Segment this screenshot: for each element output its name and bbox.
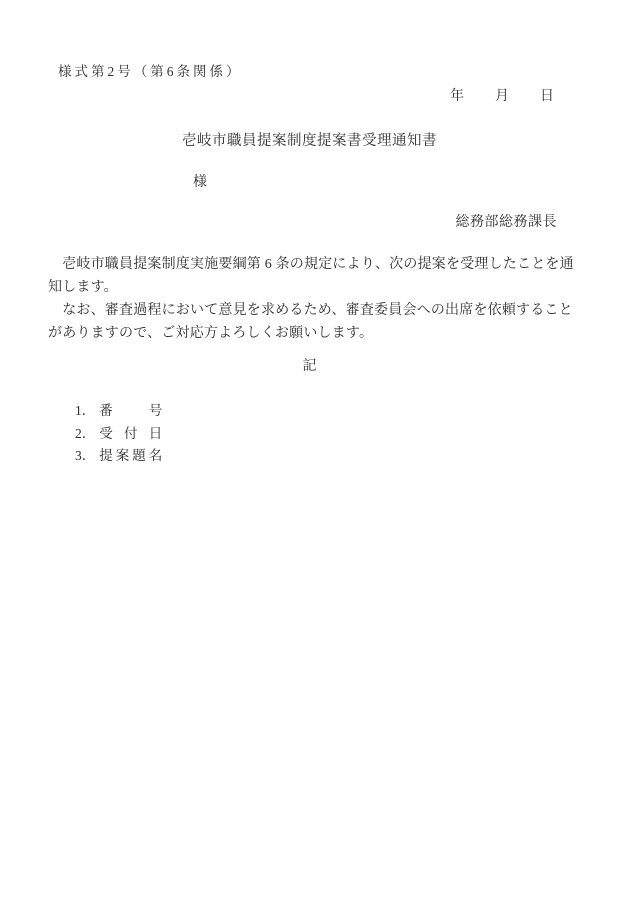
list-item: 1．番号	[75, 400, 571, 423]
item-list: 1．番号 2．受付日 3．提案題名	[75, 400, 571, 468]
date-line: 年 月 日	[48, 89, 555, 105]
sender-title: 総務部総務課長	[48, 212, 557, 233]
form-number-label: 様式第2号（第6条関係）	[58, 64, 571, 80]
list-item-number: 1．	[75, 400, 95, 423]
addressee-honorific: 様	[193, 172, 571, 193]
document-title: 壱岐市職員提案制度提案書受理通知書	[48, 131, 571, 152]
list-item-number: 2．	[75, 423, 95, 446]
note-marker: 記	[48, 356, 571, 377]
list-item-label: 提案題名	[99, 445, 162, 468]
list-item-label: 受付日	[99, 423, 162, 446]
list-item-label: 番号	[99, 400, 162, 423]
body-paragraph-1: 壱岐市職員提案制度実施要綱第 6 条の規定により、次の提案を受理したことを通 知…	[48, 253, 571, 299]
list-item-number: 3．	[75, 445, 95, 468]
list-item: 3．提案題名	[75, 445, 571, 468]
document-page: 様式第2号（第6条関係） 年 月 日 壱岐市職員提案制度提案書受理通知書 様 総…	[0, 0, 630, 915]
body-paragraph-2: なお、審査過程において意見を求めるため、審査委員会への出席を依頼すること があり…	[48, 299, 571, 345]
list-item: 2．受付日	[75, 423, 571, 446]
